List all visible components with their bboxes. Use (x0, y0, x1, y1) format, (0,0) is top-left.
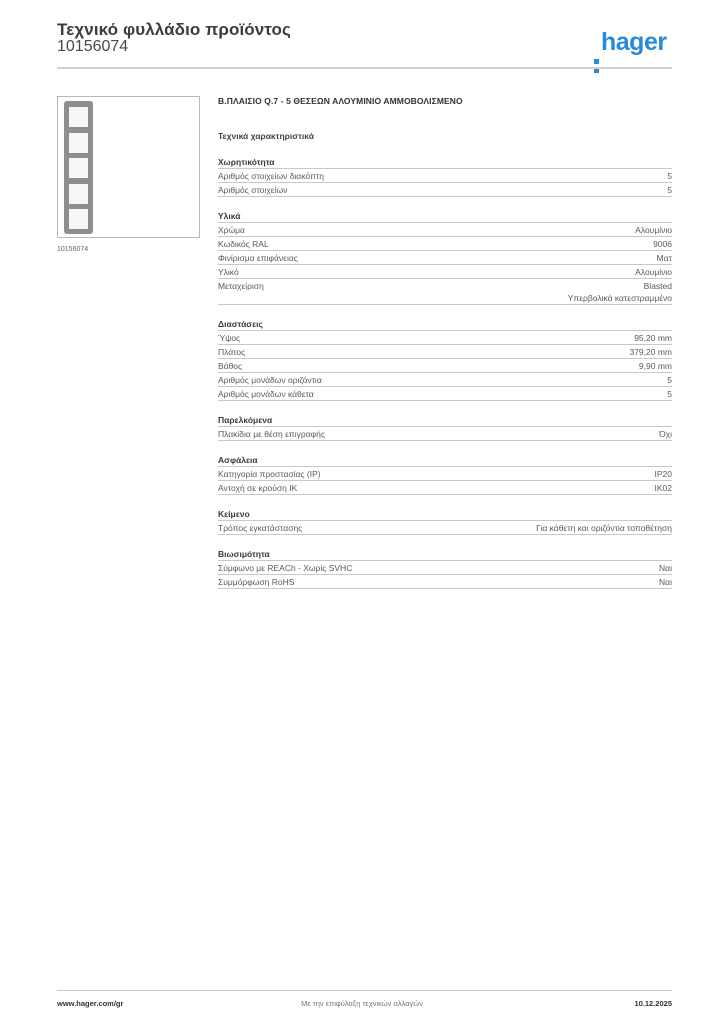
spec-value: 9006 (653, 238, 672, 250)
spec-group-title: Χωρητικότητα (218, 157, 672, 169)
spec-label: Πλάτος (218, 346, 245, 358)
spec-label: Κατηγορία προστασίας (IP) (218, 468, 321, 480)
spec-value: 5 (667, 170, 672, 182)
spec-content: Β.ΠΛΑΙΣΙΟ Q.7 - 5 ΘΕΣΕΩΝ ΑΛΟΥΜΙΝΙΟ ΑΜΜΟΒ… (218, 96, 672, 589)
spec-label: Πλακίδια με θέση επιγραφής (218, 428, 325, 440)
spec-row: Φινίρισμα επιφάνειαςΜατ (218, 251, 672, 265)
footer-date: 10.12.2025 (634, 999, 672, 1008)
spec-row: Αριθμός στοιχείων5 (218, 183, 672, 197)
product-image-caption: 10156074 (57, 246, 88, 253)
spec-row: ΧρώμαΑλουμίνιο (218, 223, 672, 237)
spec-value: 95,20 mm (634, 332, 672, 344)
spec-row: Αριθμός στοιχείων διακόπτη5 (218, 169, 672, 183)
document-title: Τεχνικό φυλλάδιο προϊόντος (57, 20, 291, 40)
spec-group-title: Υλικά (218, 211, 672, 223)
frame-cell (69, 184, 88, 204)
spec-row: ΜεταχείρισηBlasted Υπερβολικά κατεστραμμ… (218, 279, 672, 305)
spec-value: Ναι (659, 576, 672, 588)
frame-cell (69, 158, 88, 178)
spec-group: ΒιωσιμότηταΣύμφωνο με REACh - Χωρίς SVHC… (218, 549, 672, 589)
frame-cell (69, 107, 88, 127)
spec-label: Αριθμός μονάδων οριζόντια (218, 374, 322, 386)
spec-group: ΚείμενοΤρόπος εγκατάστασηςΓια κάθετη και… (218, 509, 672, 535)
spec-row: Αριθμός μονάδων οριζόντια5 (218, 373, 672, 387)
spec-value: 9,90 mm (639, 360, 672, 372)
spec-row: Συμμόρφωση RoHSΝαι (218, 575, 672, 589)
spec-value: Blasted Υπερβολικά κατεστραμμένο (568, 280, 672, 304)
spec-label: Υλικό (218, 266, 239, 278)
spec-group-title: Παρελκόμενα (218, 415, 672, 427)
spec-group-title: Διαστάσεις (218, 319, 672, 331)
spec-value: Αλουμίνιο (635, 224, 672, 236)
spec-label: Φινίρισμα επιφάνειας (218, 252, 298, 264)
spec-label: Αριθμός μονάδων κάθετα (218, 388, 314, 400)
spec-value: 5 (667, 184, 672, 196)
footer-disclaimer: Με την επιφύλαξη τεχνικών αλλαγών (0, 999, 724, 1008)
spec-label: Βάθος (218, 360, 242, 372)
spec-value: Για κάθετη και οριζόντια τοποθέτηση (536, 522, 672, 534)
spec-value: Ναι (659, 562, 672, 574)
spec-value: Ματ (657, 252, 672, 264)
spec-row: Πλάτος379,20 mm (218, 345, 672, 359)
spec-groups: ΧωρητικότηταΑριθμός στοιχείων διακόπτη5Α… (218, 157, 672, 589)
spec-group-title: Ασφάλεια (218, 455, 672, 467)
spec-value: Αλουμίνιο (635, 266, 672, 278)
spec-group-title: Βιωσιμότητα (218, 549, 672, 561)
frame-illustration-icon (64, 101, 93, 234)
spec-group: ΥλικάΧρώμαΑλουμίνιοΚωδικός RAL9006Φινίρι… (218, 211, 672, 305)
spec-row: Κωδικός RAL9006 (218, 237, 672, 251)
spec-row: Σύμφωνο με REACh - Χωρίς SVHCΝαι (218, 561, 672, 575)
spec-label: Χρώμα (218, 224, 245, 236)
spec-group: ΧωρητικότηταΑριθμός στοιχείων διακόπτη5Α… (218, 157, 672, 197)
frame-cell (69, 133, 88, 153)
spec-row: Βάθος9,90 mm (218, 359, 672, 373)
spec-label: Συμμόρφωση RoHS (218, 576, 294, 588)
spec-value: IP20 (655, 468, 673, 480)
spec-row: Τρόπος εγκατάστασηςΓια κάθετη και οριζόν… (218, 521, 672, 535)
spec-value: IK02 (655, 482, 673, 494)
spec-label: Σύμφωνο με REACh - Χωρίς SVHC (218, 562, 352, 574)
spec-value: 5 (667, 374, 672, 386)
spec-group: ΠαρελκόμεναΠλακίδια με θέση επιγραφήςΌχι (218, 415, 672, 441)
spec-row: Αριθμός μονάδων κάθετα5 (218, 387, 672, 401)
spec-label: Αριθμός στοιχείων διακόπτη (218, 170, 324, 182)
spec-group: ΔιαστάσειςΎψος95,20 mmΠλάτος379,20 mmΒάθ… (218, 319, 672, 401)
product-image (57, 96, 200, 238)
section-title: Τεχνικά χαρακτηριστικά (218, 131, 672, 143)
spec-label: Ύψος (218, 332, 240, 344)
spec-label: Αριθμός στοιχείων (218, 184, 287, 196)
spec-row: Ύψος95,20 mm (218, 331, 672, 345)
header-divider (57, 67, 672, 69)
spec-label: Μεταχείριση (218, 280, 264, 304)
hager-logo: hager (594, 28, 667, 56)
product-number: 10156074 (57, 38, 128, 56)
footer-divider (57, 990, 672, 991)
logo-text: hager (601, 28, 667, 56)
spec-row: Πλακίδια με θέση επιγραφήςΌχι (218, 427, 672, 441)
frame-cell (69, 209, 88, 229)
product-title: Β.ΠΛΑΙΣΙΟ Q.7 - 5 ΘΕΣΕΩΝ ΑΛΟΥΜΙΝΙΟ ΑΜΜΟΒ… (218, 96, 672, 108)
spec-value: 379,20 mm (629, 346, 672, 358)
spec-label: Τρόπος εγκατάστασης (218, 522, 302, 534)
spec-label: Αντοχή σε κρούση IK (218, 482, 297, 494)
spec-group-title: Κείμενο (218, 509, 672, 521)
spec-value: 5 (667, 388, 672, 400)
spec-label: Κωδικός RAL (218, 238, 269, 250)
spec-row: ΥλικόΑλουμίνιο (218, 265, 672, 279)
spec-row: Κατηγορία προστασίας (IP)IP20 (218, 467, 672, 481)
spec-row: Αντοχή σε κρούση IKIK02 (218, 481, 672, 495)
spec-group: ΑσφάλειαΚατηγορία προστασίας (IP)IP20Αντ… (218, 455, 672, 495)
spec-value: Όχι (659, 428, 672, 440)
